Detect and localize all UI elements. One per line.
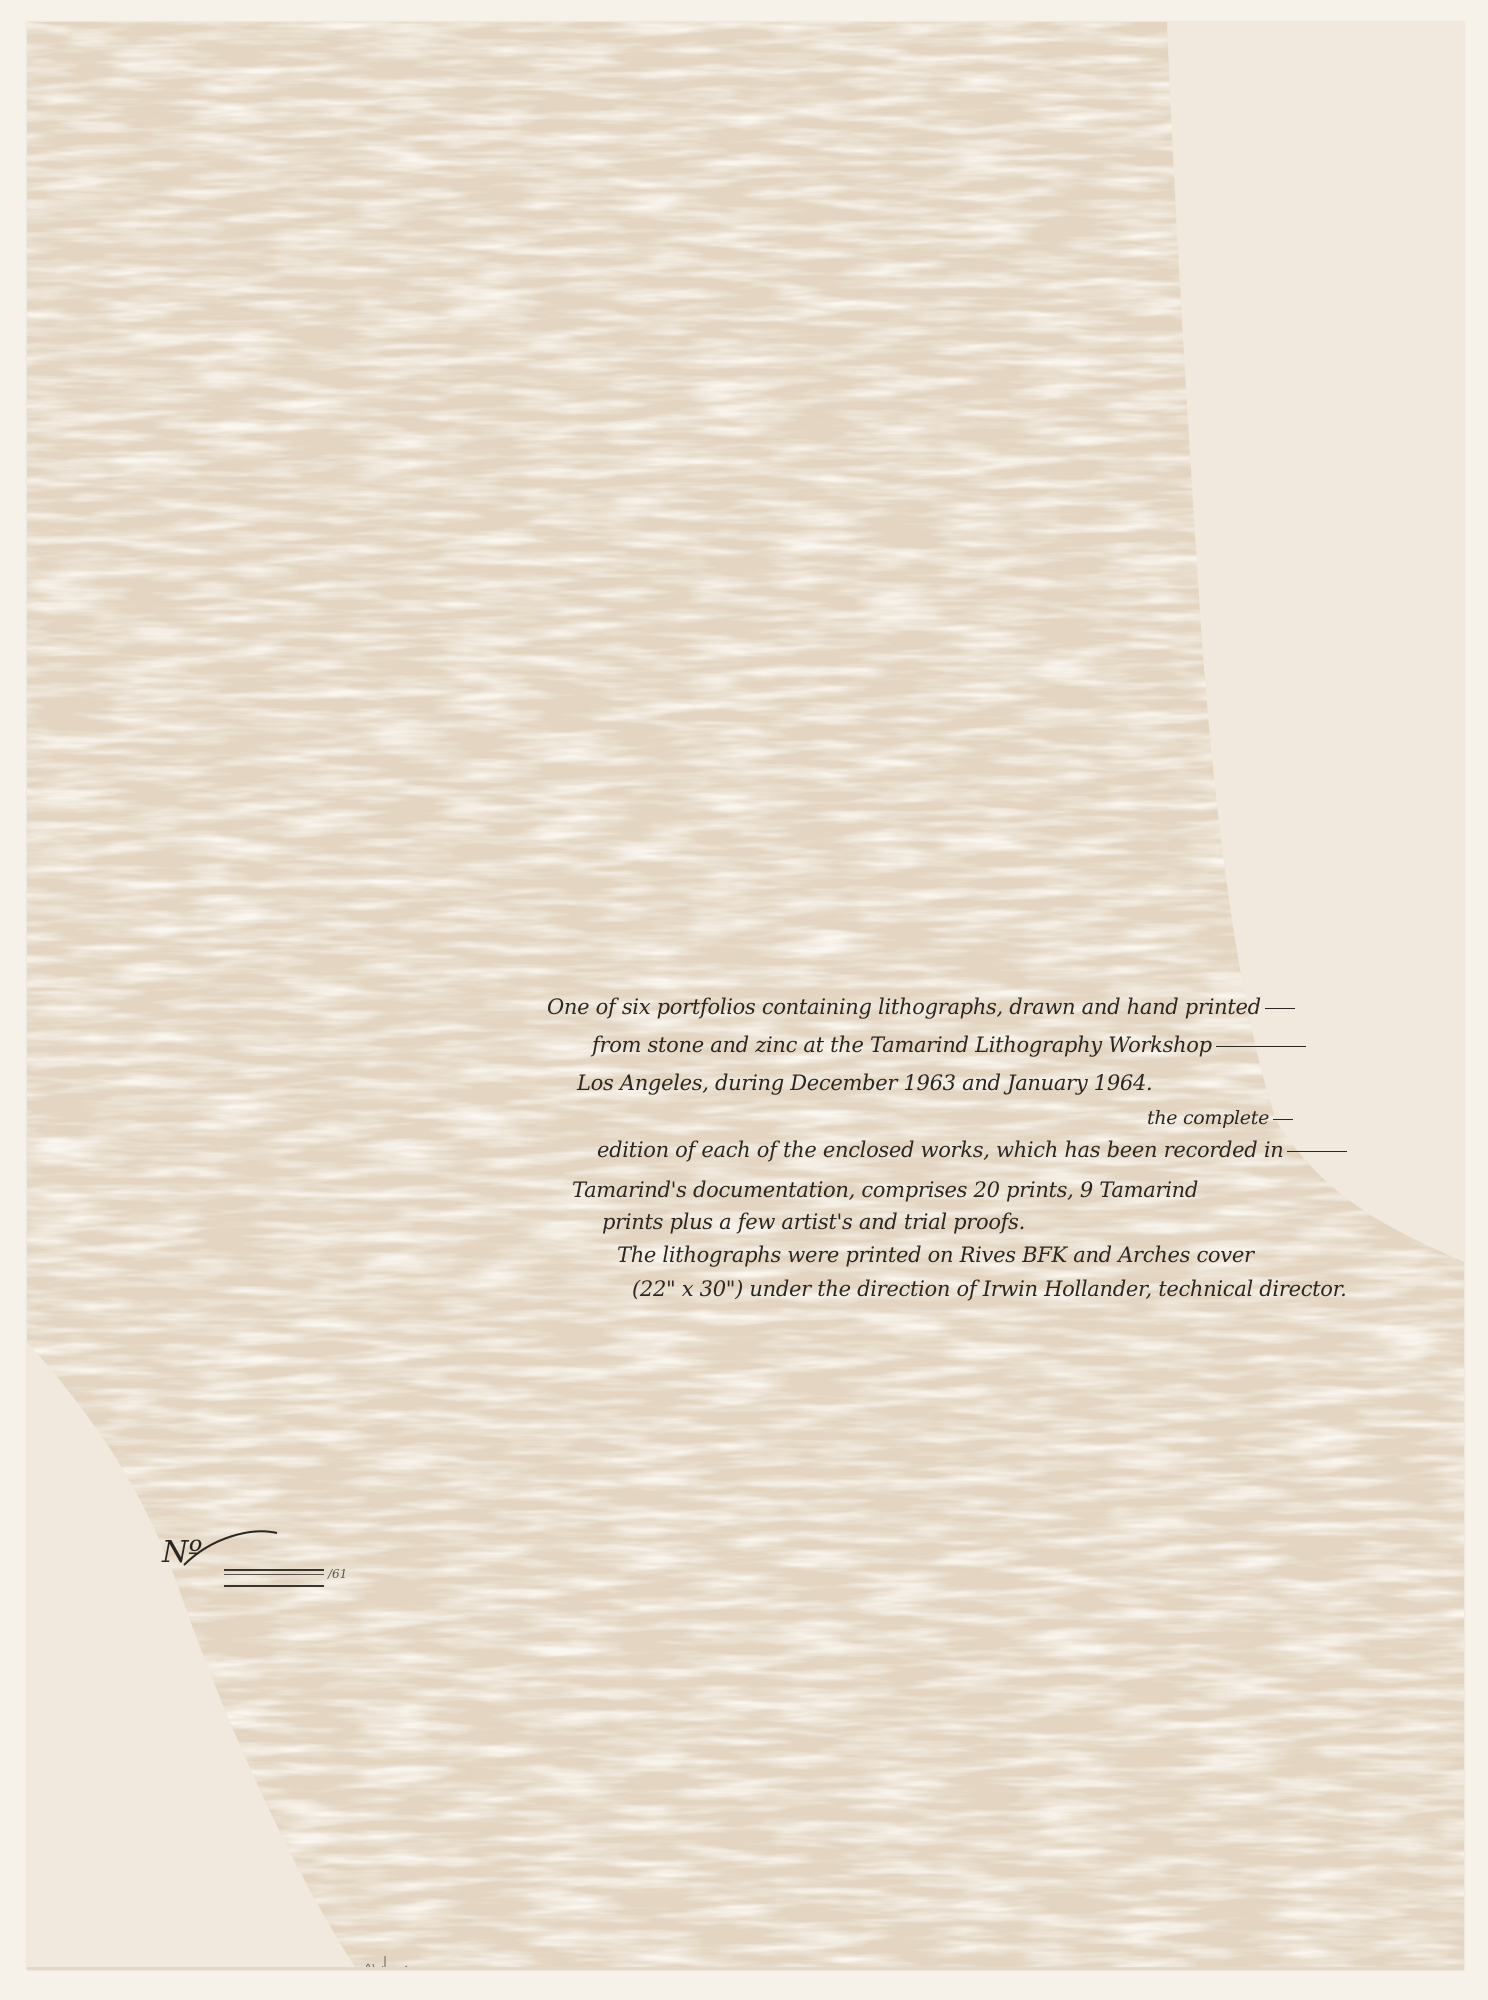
colophon-line: One of six portfolios containing lithogr…: [547, 997, 1295, 1018]
pencil-signature: [317, 1952, 437, 1970]
colophon-line-text: from stone and zinc at the Tamarind Lith…: [592, 1033, 1212, 1057]
colophon-line: edition of each of the enclosed works, w…: [597, 1140, 1347, 1161]
pen-stroke: [1273, 1119, 1293, 1120]
colophon-line: The lithographs were printed on Rives BF…: [617, 1245, 1254, 1266]
edition-number-mark: Nº /61: [162, 1527, 362, 1607]
edition-number-field: [224, 1569, 324, 1587]
colophon-line-text: Tamarind's documentation, comprises 20 p…: [572, 1178, 1198, 1202]
colophon-line-text: prints plus a few artist's and trial pro…: [602, 1210, 1025, 1234]
colophon-line: (22" x 30") under the direction of Irwin…: [632, 1279, 1346, 1300]
pen-stroke: [1265, 1008, 1295, 1009]
edition-suffix: /61: [328, 1567, 347, 1581]
pen-stroke: [1287, 1151, 1347, 1152]
colophon-line: prints plus a few artist's and trial pro…: [602, 1212, 1025, 1233]
colophon-line: the complete: [1147, 1109, 1293, 1128]
paper-sheet: One of six portfolios containing lithogr…: [27, 22, 1464, 1970]
colophon-line-text: Los Angeles, during December 1963 and Ja…: [577, 1071, 1152, 1095]
colophon-line: from stone and zinc at the Tamarind Lith…: [592, 1035, 1306, 1056]
artwork-frame: One of six portfolios containing lithogr…: [0, 0, 1488, 2000]
colophon-line: Tamarind's documentation, comprises 20 p…: [572, 1180, 1198, 1201]
colophon-line-text: the complete: [1147, 1107, 1269, 1129]
colophon-line-text: edition of each of the enclosed works, w…: [597, 1138, 1283, 1162]
colophon-line-text: The lithographs were printed on Rives BF…: [617, 1243, 1254, 1267]
colophon-line-text: (22" x 30") under the direction of Irwin…: [632, 1277, 1346, 1301]
pen-stroke: [1216, 1046, 1306, 1047]
flourish-stroke: [182, 1527, 302, 1567]
colophon-line: Los Angeles, during December 1963 and Ja…: [577, 1073, 1152, 1094]
colophon-line-text: One of six portfolios containing lithogr…: [547, 995, 1261, 1019]
